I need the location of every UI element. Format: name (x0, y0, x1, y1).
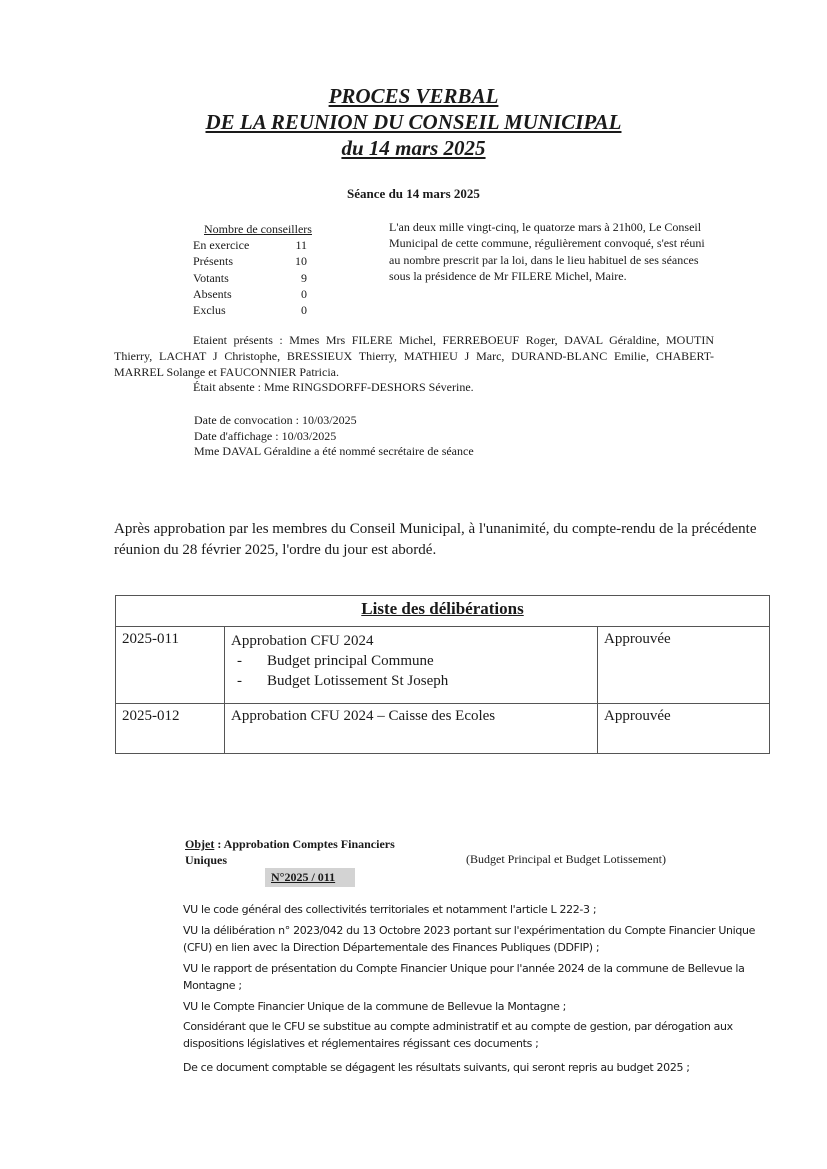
vu-item: VU la délibération n° 2023/042 du 13 Oct… (183, 923, 773, 956)
absent-line: Était absente : Mme RINGSDORFF-DESHORS S… (193, 380, 474, 395)
deliberations-table: Liste des délibérations 2025-011 Approba… (115, 595, 770, 754)
objet-text-2: Uniques (185, 852, 395, 868)
dates-block: Date de convocation : 10/03/2025 Date d'… (194, 413, 474, 460)
vu-item: VU le Compte Financier Unique de la comm… (183, 999, 773, 1016)
presents-paragraph: Etaient présents : Mmes Mrs FILERE Miche… (114, 332, 714, 381)
count-row: Exclus0 (193, 302, 312, 318)
table-row: 2025-012 Approbation CFU 2024 – Caisse d… (116, 704, 770, 754)
objet-budget-note: (Budget Principal et Budget Lotissement) (466, 852, 666, 867)
deliberation-title: Approbation CFU 2024 (231, 631, 591, 651)
vu-item: VU le rapport de présentation du Compte … (183, 961, 773, 994)
intro-paragraph: L'an deux mille vingt-cinq, le quatorze … (389, 219, 719, 284)
title-line-1: PROCES VERBAL (0, 84, 827, 108)
table-row: 2025-011 Approbation CFU 2024 -Budget pr… (116, 627, 770, 704)
deliberation-number: 2025-011 (116, 627, 225, 704)
deliberation-subitem: -Budget Lotissement St Joseph (231, 671, 591, 691)
conseillers-header: Nombre de conseillers (193, 221, 312, 237)
title-line-3: du 14 mars 2025 (0, 136, 827, 160)
deliberation-number-badge: N°2025 / 011 (265, 868, 355, 887)
deliberation-subitem: -Budget principal Commune (231, 651, 591, 671)
objet-block: Objet : Approbation Comptes Financiers U… (185, 836, 395, 868)
date-convocation: Date de convocation : 10/03/2025 (194, 413, 474, 429)
date-affichage: Date d'affichage : 10/03/2025 (194, 429, 474, 445)
seance-heading: Séance du 14 mars 2025 (0, 186, 827, 202)
considerant-item: Considérant que le CFU se substitue au c… (183, 1019, 773, 1052)
approbation-paragraph: Après approbation par les membres du Con… (114, 519, 774, 561)
count-row: Présents10 (193, 253, 312, 269)
conseillers-count-table: Nombre de conseillers En exercice11 Prés… (193, 221, 312, 318)
deliberation-status: Approuvée (598, 704, 770, 754)
vu-item: VU le code général des collectivités ter… (183, 902, 773, 919)
deliberation-number: 2025-012 (116, 704, 225, 754)
count-row: Votants9 (193, 270, 312, 286)
count-row: Absents0 (193, 286, 312, 302)
resultats-line: De ce document comptable se dégagent les… (183, 1060, 773, 1077)
deliberation-title-cell: Approbation CFU 2024 -Budget principal C… (225, 627, 598, 704)
deliberation-title: Approbation CFU 2024 – Caisse des Ecoles (225, 704, 598, 754)
deliberations-header: Liste des délibérations (116, 596, 770, 627)
title-line-2: DE LA REUNION DU CONSEIL MUNICIPAL (0, 110, 827, 134)
count-row: En exercice11 (193, 237, 312, 253)
objet-text: : Approbation Comptes Financiers (214, 837, 394, 851)
secretaire-line: Mme DAVAL Géraldine a été nommé secrétai… (194, 444, 474, 460)
deliberation-status: Approuvée (598, 627, 770, 704)
objet-label: Objet (185, 837, 214, 851)
